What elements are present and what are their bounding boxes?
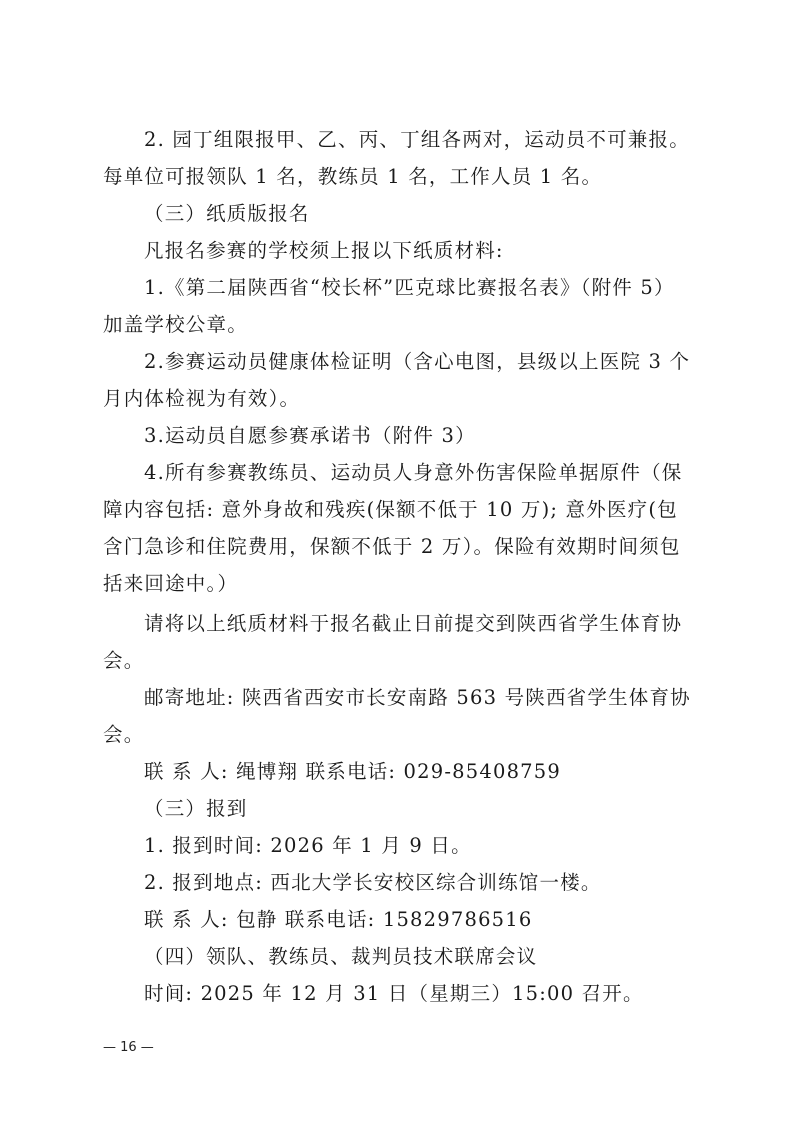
text-line: 含门急诊和住院费用，保额不低于 2 万）。保险有效期时间须包	[103, 535, 723, 559]
text-line: 联 系 人: 绳博翔 联系电话: 029-85408759	[144, 760, 764, 784]
text-line: 月内体检视为有效）。	[103, 387, 723, 411]
text-line: 凡报名参赛的学校须上报以下纸质材料:	[144, 239, 764, 263]
page-number: — 16 —	[103, 1040, 154, 1055]
text-line: 1. 报到时间: 2026 年 1 月 9 日。	[144, 834, 764, 858]
text-line: 障内容包括: 意外身故和残疾(保额不低于 10 万); 意外医疗(包	[103, 498, 723, 522]
text-line: 会。	[103, 649, 723, 673]
text-line: 1.《第二届陕西省“校长杯”匹克球比赛报名表》（附件 5）	[144, 276, 764, 300]
text-line: 2. 园丁组限报甲、乙、丙、丁组各两对，运动员不可兼报。	[144, 128, 764, 152]
text-line: （三）纸质版报名	[144, 202, 764, 226]
text-line: 2. 报到地点: 西北大学长安校区综合训练馆一楼。	[144, 871, 764, 895]
text-line: 括来回途中。）	[103, 572, 723, 596]
text-line: 联 系 人: 包静 联系电话: 15829786516	[144, 908, 764, 932]
text-line: （四）领队、教练员、裁判员技术联席会议	[144, 945, 764, 969]
text-line: 请将以上纸质材料于报名截止日前提交到陕西省学生体育协	[144, 612, 764, 636]
text-line: （三）报到	[144, 797, 764, 821]
text-line: 邮寄地址: 陕西省西安市长安南路 563 号陕西省学生体育协	[144, 686, 764, 710]
text-line: 时间: 2025 年 12 月 31 日（星期三）15:00 召开。	[144, 982, 764, 1006]
text-line: 每单位可报领队 1 名，教练员 1 名，工作人员 1 名。	[103, 165, 723, 189]
text-line: 3.运动员自愿参赛承诺书（附件 3）	[144, 424, 764, 448]
text-line: 4.所有参赛教练员、运动员人身意外伤害保险单据原件（保	[144, 461, 764, 485]
text-line: 加盖学校公章。	[103, 313, 723, 337]
text-line: 会。	[103, 723, 723, 747]
text-line: 2.参赛运动员健康体检证明（含心电图，县级以上医院 3 个	[144, 350, 764, 374]
document-page: 2. 园丁组限报甲、乙、丙、丁组各两对，运动员不可兼报。每单位可报领队 1 名，…	[0, 0, 800, 1131]
